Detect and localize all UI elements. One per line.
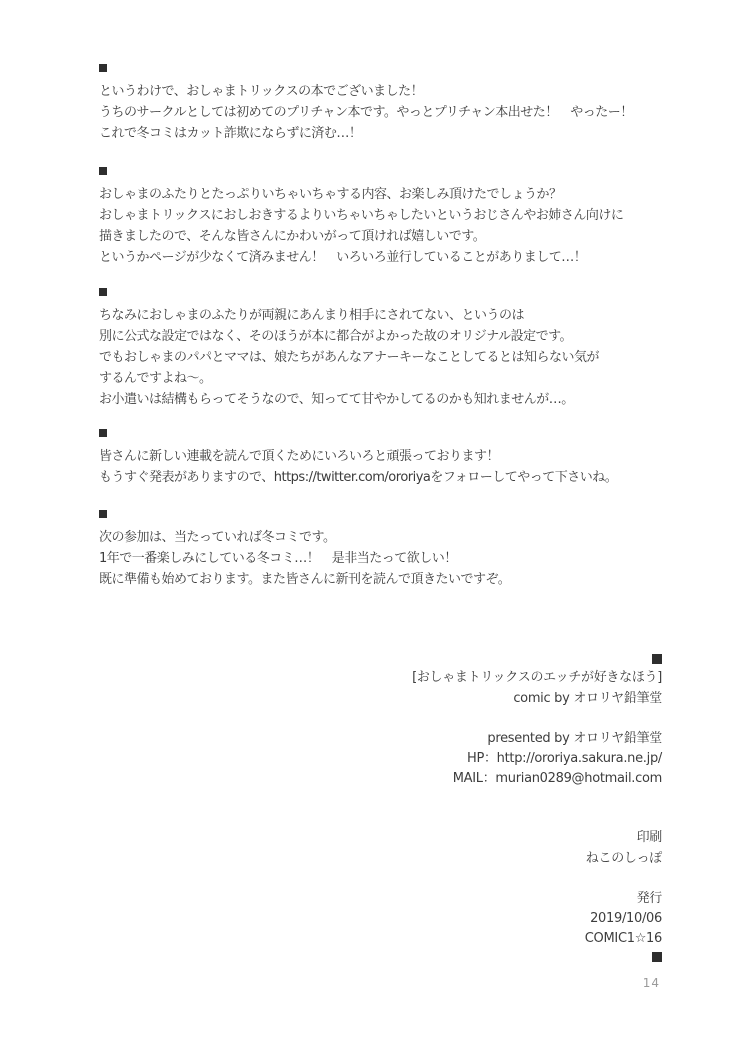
afterword-line: 1年で一番楽しみにしている冬コミ…！ 是非当たって欲しい！ xyxy=(99,548,679,569)
comic-credit: comic by オロリヤ鉛筆堂 xyxy=(513,691,662,706)
afterword-line: 別に公式な設定ではなく、そのほうが本に都合がよかった故のオリジナル設定です。 xyxy=(99,326,679,347)
afterword-line: 皆さんに新しい連載を読んで頂くためにいろいろと頑張っております！ xyxy=(99,446,679,467)
publication-date: 2019/10/06 xyxy=(590,911,662,926)
afterword-line: 次の参加は、当たっていれば冬コミです。 xyxy=(99,527,679,548)
colophon-square-bullet-icon xyxy=(652,952,662,962)
afterword-paragraph-1: というわけで、おしゃまトリックスの本でございました！ うちのサークルとしては初め… xyxy=(99,64,679,144)
book-title: [おしゃまトリックスのエッチが好きなほう] xyxy=(412,670,662,685)
section-square-bullet-icon xyxy=(99,167,107,175)
afterword-line: 描きましたので、そんな皆さんにかわいがって頂ければ嬉しいです。 xyxy=(99,226,679,247)
afterword-line: おしゃまトリックスにおしおきするよりいちゃいちゃしたいというおじさんやお姉さん向… xyxy=(99,205,679,226)
printing-label: 印刷 xyxy=(637,830,662,845)
afterword-line: うちのサークルとしては初めてのプリチャン本です。やっとプリチャン本出せた！ やっ… xyxy=(99,102,679,123)
printer-name: ねこのしっぽ xyxy=(586,851,662,866)
afterword-line: でもおしゃまのパパとママは、娘たちがあんなアナーキーなことしてるとは知らない気が xyxy=(99,347,679,368)
afterword-line: お小遣いは結構もらってそうなので、知ってて甘やかしてるのかも知れませんが…。 xyxy=(99,389,679,410)
presented-by-credit: presented by オロリヤ鉛筆堂 xyxy=(487,731,662,746)
section-square-bullet-icon xyxy=(99,429,107,437)
publication-label: 発行 xyxy=(637,891,662,906)
page-number: 14 xyxy=(643,976,660,990)
section-square-bullet-icon xyxy=(99,64,107,72)
event-name: COMIC1☆16 xyxy=(585,931,662,946)
afterword-line: もうすぐ発表がありますので、https://twitter.com/ororiy… xyxy=(99,467,679,488)
section-square-bullet-icon xyxy=(99,510,107,518)
afterword-line: これで冬コミはカット詐欺にならずに済む…！ xyxy=(99,123,679,144)
afterword-paragraph-3: ちなみにおしゃまのふたりが両親にあんまり相手にされてない、というのは 別に公式な… xyxy=(99,288,679,410)
afterword-line: ちなみにおしゃまのふたりが両親にあんまり相手にされてない、というのは xyxy=(99,305,679,326)
afterword-line: 既に準備も始めております。また皆さんに新刊を読んで頂きたいですぞ。 xyxy=(99,569,679,590)
afterword-line: というわけで、おしゃまトリックスの本でございました！ xyxy=(99,81,679,102)
colophon-square-bullet-icon xyxy=(652,654,662,664)
hp-url: HP：http://ororiya.sakura.ne.jp/ xyxy=(467,751,662,766)
section-square-bullet-icon xyxy=(99,288,107,296)
mail-address: MAIL：murian0289@hotmail.com xyxy=(453,771,662,786)
afterword-paragraph-5: 次の参加は、当たっていれば冬コミです。 1年で一番楽しみにしている冬コミ…！ 是… xyxy=(99,510,679,590)
afterword-paragraph-4: 皆さんに新しい連載を読んで頂くためにいろいろと頑張っております！ もうすぐ発表が… xyxy=(99,429,679,488)
afterword-paragraph-2: おしゃまのふたりとたっぷりいちゃいちゃする内容、お楽しみ頂けたでしょうか？ おし… xyxy=(99,167,679,268)
afterword-line: するんですよね～。 xyxy=(99,368,679,389)
afterword-line: というかページが少なくて済みません！ いろいろ並行していることがありまして…！ xyxy=(99,247,679,268)
scanned-afterword-page: というわけで、おしゃまトリックスの本でございました！ うちのサークルとしては初め… xyxy=(0,0,734,1050)
afterword-line: おしゃまのふたりとたっぷりいちゃいちゃする内容、お楽しみ頂けたでしょうか？ xyxy=(99,184,679,205)
